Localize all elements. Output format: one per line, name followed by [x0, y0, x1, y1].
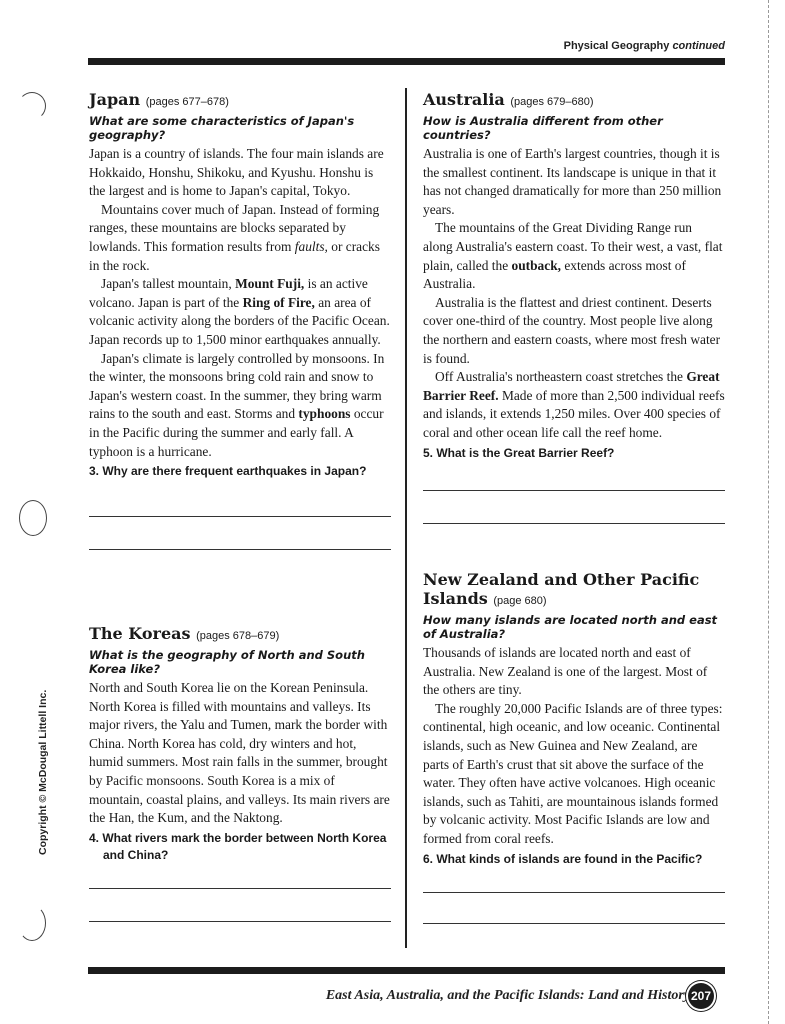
section-title: Australia (pages 679–680) [423, 90, 725, 112]
copyright-notice: Copyright © McDougal Littell Inc. [37, 690, 49, 855]
top-rule [88, 58, 725, 65]
page-reference: (page 680) [493, 595, 546, 607]
guiding-question: How is Australia different from other co… [423, 114, 725, 142]
section-new-zealand: New Zealand and Other Pacific Islands (p… [423, 570, 725, 924]
review-question-4: 4. What rivers mark the border between N… [89, 830, 391, 864]
binder-hole-top [18, 92, 46, 120]
section-australia: Australia (pages 679–680) How is Austral… [423, 90, 725, 524]
section-title: Japan (pages 677–678) [89, 90, 391, 112]
answer-line[interactable] [423, 490, 725, 491]
review-question-6: 6. What kinds of islands are found in th… [423, 851, 725, 868]
column-divider [405, 88, 407, 948]
page-reference: (pages 678–679) [196, 630, 279, 642]
section-title: The Koreas (pages 678–679) [89, 624, 391, 646]
page-number-badge: 207 [688, 983, 714, 1009]
answer-line[interactable] [89, 888, 391, 889]
answer-line[interactable] [423, 523, 725, 524]
paragraph: Japan is a country of islands. The four … [89, 145, 391, 201]
page-edge [768, 0, 770, 1024]
review-question-3: 3. Why are there frequent earthquakes in… [89, 463, 391, 480]
paragraph: The roughly 20,000 Pacific Islands are o… [423, 700, 725, 849]
paragraph: Mountains cover much of Japan. Instead o… [89, 201, 391, 275]
section-body: Thousands of islands are located north a… [423, 644, 725, 849]
section-body: North and South Korea lie on the Korean … [89, 679, 391, 828]
answer-line[interactable] [423, 923, 725, 924]
section-body: Australia is one of Earth's largest coun… [423, 145, 725, 443]
paragraph: Japan's tallest mountain, Mount Fuji, is… [89, 275, 391, 349]
answer-line[interactable] [89, 516, 391, 517]
footer-chapter-title: East Asia, Australia, and the Pacific Is… [326, 988, 690, 1004]
paragraph: Australia is one of Earth's largest coun… [423, 145, 725, 219]
paragraph: Thousands of islands are located north a… [423, 644, 725, 700]
page-reference: (pages 679–680) [510, 96, 593, 108]
paragraph: Australia is the flattest and driest con… [423, 294, 725, 368]
answer-line[interactable] [89, 921, 391, 922]
bottom-rule [88, 967, 725, 974]
guiding-question: What are some characteristics of Japan's… [89, 114, 391, 142]
binder-hole-bottom [18, 905, 46, 941]
guiding-question: How many islands are located north and e… [423, 613, 725, 641]
review-question-5: 5. What is the Great Barrier Reef? [423, 445, 725, 462]
section-japan: Japan (pages 677–678) What are some char… [89, 90, 391, 550]
running-header: Physical Geography continued [564, 40, 725, 52]
paragraph: North and South Korea lie on the Korean … [89, 679, 391, 828]
paragraph: The mountains of the Great Dividing Rang… [423, 219, 725, 293]
page-reference: (pages 677–678) [146, 96, 229, 108]
section-koreas: The Koreas (pages 678–679) What is the g… [89, 624, 391, 922]
header-suffix: continued [672, 40, 725, 52]
paragraph: Off Australia's northeastern coast stret… [423, 368, 725, 442]
paragraph: Japan's climate is largely controlled by… [89, 350, 391, 462]
section-body: Japan is a country of islands. The four … [89, 145, 391, 461]
guiding-question: What is the geography of North and South… [89, 648, 391, 676]
answer-line[interactable] [423, 892, 725, 893]
header-title: Physical Geography [564, 40, 670, 52]
section-title: New Zealand and Other Pacific Islands (p… [423, 570, 725, 611]
binder-hole-middle [19, 500, 47, 536]
answer-line[interactable] [89, 549, 391, 550]
